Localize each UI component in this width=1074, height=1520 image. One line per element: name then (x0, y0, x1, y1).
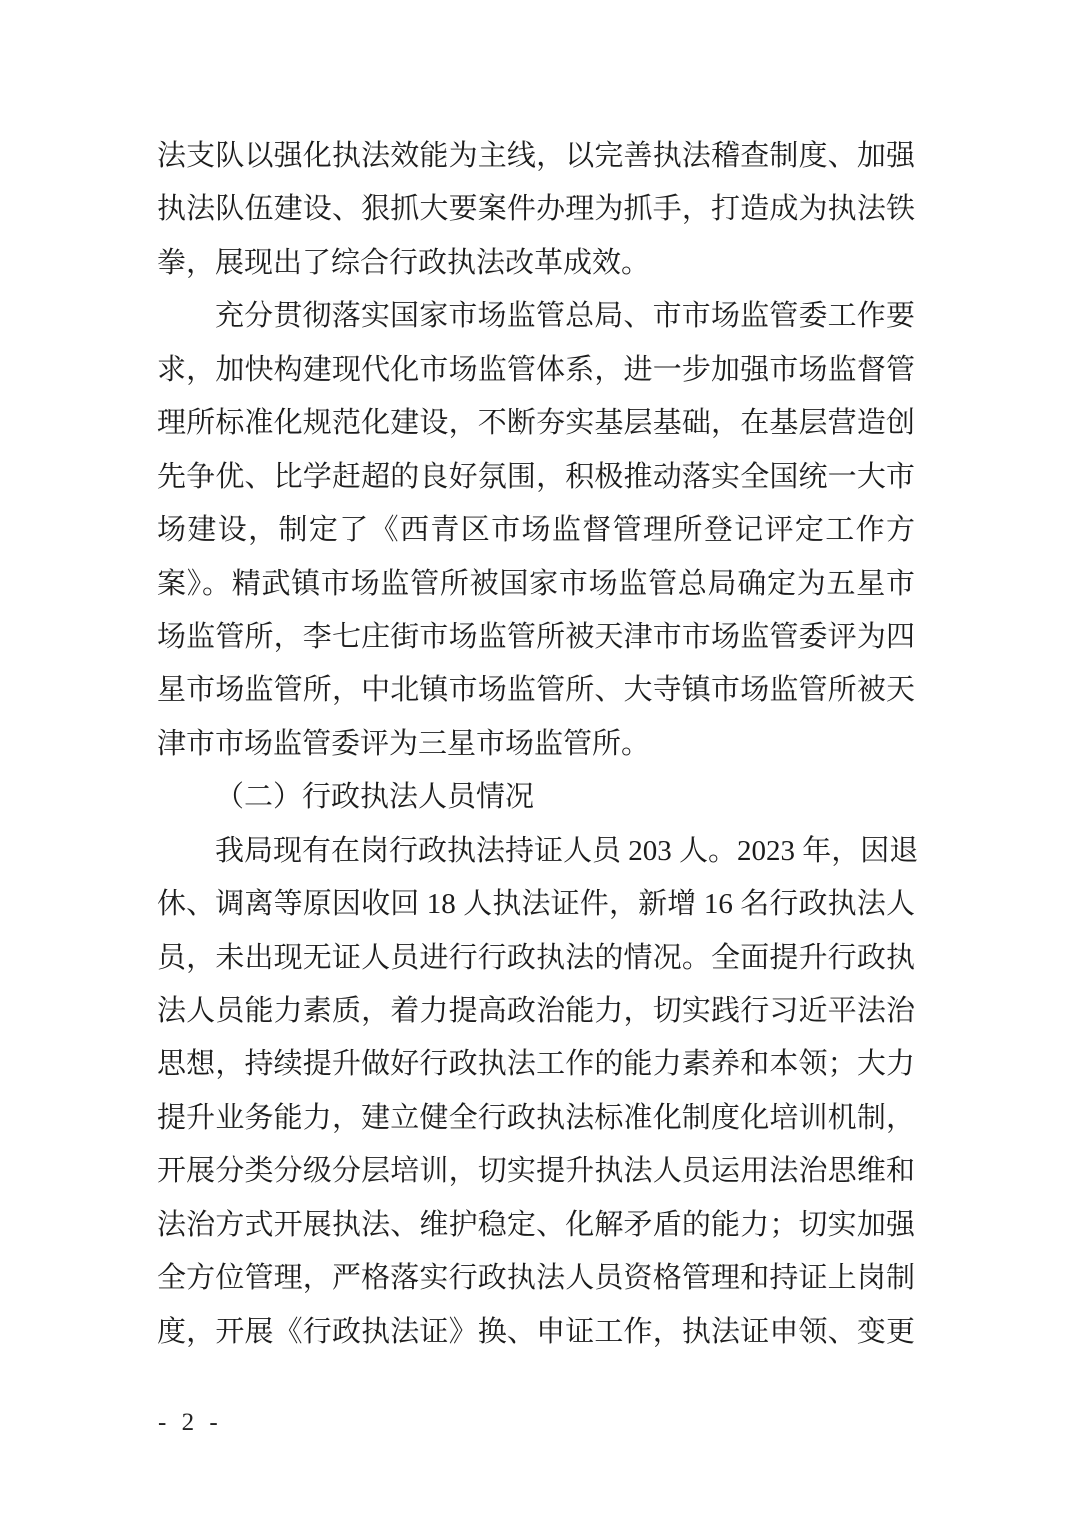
section-heading: （二）行政执法人员情况 (157, 771, 915, 824)
text-line: 案》。精武镇市场监管所被国家市场监管总局确定为五星市 (157, 558, 915, 611)
text-line: 理所标准化规范化建设，不断夯实基层基础，在基层营造创 (157, 397, 915, 450)
text-line: 执法队伍建设、狠抓大要案件办理为抓手，打造成为执法铁 (157, 183, 915, 236)
text-line: 休、调离等原因收回 18 人执法证件，新增 16 名行政执法人 (157, 878, 915, 931)
text-line: 法支队以强化执法效能为主线，以完善执法稽查制度、加强 (157, 130, 915, 183)
text-line: 场建设，制定了《西青区市场监督管理所登记评定工作方 (157, 504, 915, 557)
text-line: 拳，展现出了综合行政执法改革成效。 (157, 237, 915, 290)
document-page: 法支队以强化执法效能为主线，以完善执法稽查制度、加强 执法队伍建设、狠抓大要案件… (0, 0, 1074, 1520)
text-line: 思想，持续提升做好行政执法工作的能力素养和本领；大力 (157, 1038, 915, 1091)
text-line: 充分贯彻落实国家市场监管总局、市市场监管委工作要 (157, 290, 915, 343)
text-line: 度，开展《行政执法证》换、申证工作，执法证申领、变更 (157, 1306, 915, 1359)
text-line: 全方位管理，严格落实行政执法人员资格管理和持证上岗制 (157, 1252, 915, 1305)
text-line: 提升业务能力，建立健全行政执法标准化制度化培训机制， (157, 1092, 915, 1145)
text-line: 星市场监管所，中北镇市场监管所、大寺镇市场监管所被天 (157, 664, 915, 717)
text-line: 我局现有在岗行政执法持证人员 203 人。2023 年，因退 (157, 825, 915, 878)
text-line: 法人员能力素质，着力提高政治能力，切实践行习近平法治 (157, 985, 915, 1038)
page-number: - 2 - (158, 1408, 219, 1438)
text-line: 开展分类分级分层培训，切实提升执法人员运用法治思维和 (157, 1145, 915, 1198)
text-line: 员，未出现无证人员进行行政执法的情况。全面提升行政执 (157, 932, 915, 985)
text-line: 津市市场监管委评为三星市场监管所。 (157, 718, 915, 771)
text-line: 求，加快构建现代化市场监管体系，进一步加强市场监督管 (157, 344, 915, 397)
document-body: 法支队以强化执法效能为主线，以完善执法稽查制度、加强 执法队伍建设、狠抓大要案件… (157, 130, 915, 1359)
text-line: 场监管所，李七庄街市场监管所被天津市市场监管委评为四 (157, 611, 915, 664)
text-line: 法治方式开展执法、维护稳定、化解矛盾的能力；切实加强 (157, 1199, 915, 1252)
text-line: 先争优、比学赶超的良好氛围，积极推动落实全国统一大市 (157, 451, 915, 504)
